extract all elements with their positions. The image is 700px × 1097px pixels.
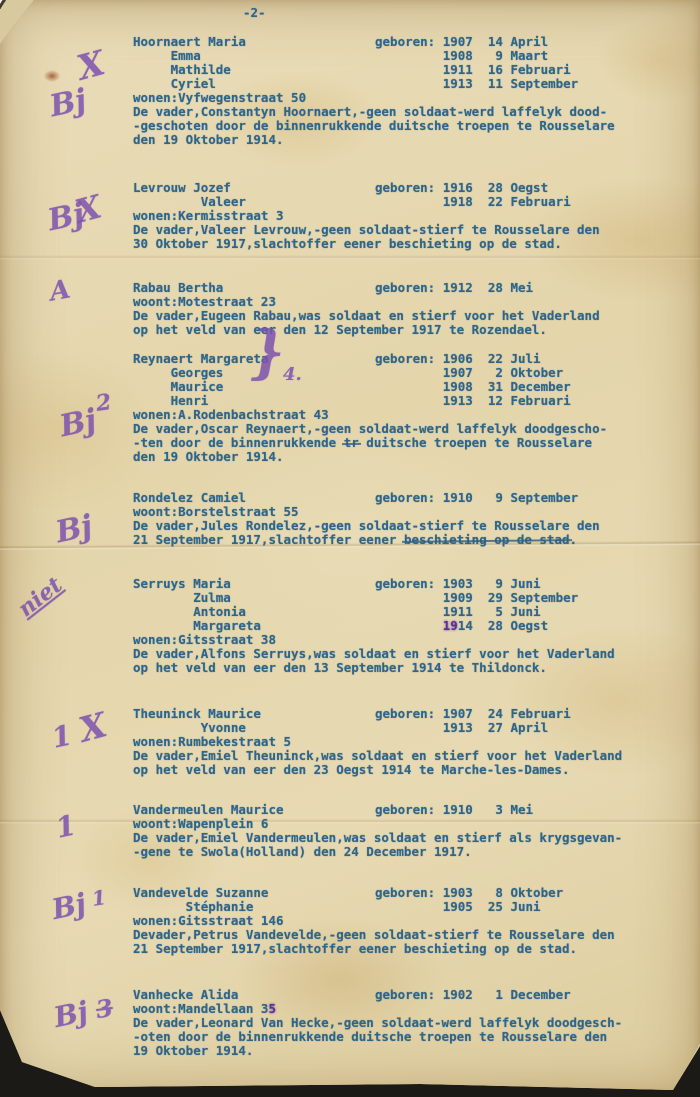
description-text: 21 September 1917,slachtoffer eener — [133, 532, 404, 547]
margin-mark-bj: Bj — [47, 83, 90, 125]
child-name: Zulma — [133, 591, 375, 605]
residence-line: woont:Wapenplein 6 — [133, 817, 685, 831]
residence-line: wonen:Gitsstraat 38 — [133, 633, 685, 647]
record-row: Yvonne 1913 27 April — [133, 721, 685, 735]
description-line: -geschoten door de binnenrukkende duitsc… — [133, 119, 685, 133]
birth-year-date: 1911 5 Juni — [375, 605, 541, 619]
description-line: De vader,Eugeen Rabau,was soldaat en sti… — [133, 309, 685, 323]
child-name: Emma — [133, 49, 375, 63]
description-line: -ten door de binnenrukkende tr duitsche … — [133, 436, 685, 450]
birth-year-date: geboren: 1903 8 Oktober — [375, 886, 563, 900]
record-row: Reynaert Margaretageboren: 1906 22 Juli — [133, 352, 685, 366]
birth-year-date: geboren: 1910 9 September — [375, 491, 578, 505]
birth-year-date: 1909 29 September — [375, 591, 578, 605]
description-line: De vader,Jules Rondelez,-geen soldaat-st… — [133, 519, 685, 533]
residence-line: woont:Motestraat 23 — [133, 295, 685, 309]
description-line: -gene te Swola(Holland) den 24 December … — [133, 845, 685, 859]
record-row: Rondelez Camielgeboren: 1910 9 September — [133, 491, 685, 505]
record-row: Maurice 1908 31 December — [133, 380, 685, 394]
hand-corrected-year-digits: 19 — [443, 618, 458, 633]
record-row: Rabau Berthageboren: 1912 28 Mei — [133, 281, 685, 295]
margin-mark-bj: Bj — [49, 887, 89, 926]
margin-mark-x: X — [75, 705, 111, 750]
child-name: Mathilde — [133, 63, 375, 77]
child-name: Margareta — [133, 619, 375, 633]
description-text: duitsche troepen te Rousselare — [359, 435, 592, 450]
margin-mark-bj: Bj — [57, 403, 100, 445]
record-row: Margareta 1914 28 Oegst — [133, 619, 685, 633]
margin-mark-2: 2 — [94, 389, 113, 417]
record-row: Valeer 1918 22 Februari — [133, 195, 685, 209]
record-row: Levrouw Jozefgeboren: 1916 28 Oegst — [133, 181, 685, 195]
hand-corrected-digit: 5 — [268, 1001, 276, 1016]
record-row: Stéphanie 1905 25 Juni — [133, 900, 685, 914]
record-row: Henri 1913 12 Februari — [133, 394, 685, 408]
birth-year-date: 1913 27 April — [375, 721, 548, 735]
record-row: Zulma 1909 29 September — [133, 591, 685, 605]
description-line: 19 Oktober 1914. — [133, 1044, 685, 1058]
birth-year-date: geboren: 1906 22 Juli — [375, 352, 541, 366]
group-brace-count: 4. — [283, 368, 302, 382]
struck-text: beschieting op de stad — [404, 532, 570, 547]
description-line: 30 Oktober 1917,slachtoffer eener beschi… — [133, 237, 685, 251]
margin-mark-1: 1 — [53, 808, 79, 844]
child-name: Vanhecke Alida — [133, 988, 375, 1002]
birth-year-date: geboren: 1910 3 Mei — [375, 803, 533, 817]
description-line: op het veld van eer den 23 Oegst 1914 te… — [133, 763, 685, 777]
birth-year-date: geboren: 1907 14 April — [375, 35, 548, 49]
birth-year-date: 1918 22 Februari — [375, 195, 571, 209]
residence-line: wonen:Kermisstraat 3 — [133, 209, 685, 223]
description-line: -oten door de binnenrukkende duitsche tr… — [133, 1030, 685, 1044]
record-entry: Rondelez Camielgeboren: 1910 9 September… — [133, 491, 685, 547]
description-line: De vader,Alfons Serruys,was soldaat en s… — [133, 647, 685, 661]
margin-mark-bj: Bj — [45, 197, 88, 239]
residence-line: wonen:Gitsstraat 146 — [133, 914, 685, 928]
record-row: Antonia 1911 5 Juni — [133, 605, 685, 619]
margin-mark-niet: niet — [13, 572, 67, 622]
record-row: Vanhecke Alidageboren: 1902 1 December — [133, 988, 685, 1002]
birth-year-date: 1914 28 Oegst — [375, 619, 548, 633]
struck-text: tr — [344, 435, 359, 450]
description-line: 21 September 1917,slachtoffer eener besc… — [133, 942, 685, 956]
margin-mark-1: 1 — [90, 885, 107, 911]
child-name: Yvonne — [133, 721, 375, 735]
child-name: Rondelez Camiel — [133, 491, 375, 505]
description-line: De vader,Valeer Levrouw,-geen soldaat-st… — [133, 223, 685, 237]
description-line: den 19 Oktober 1914. — [133, 133, 685, 147]
birth-year-date: geboren: 1912 28 Mei — [375, 281, 533, 295]
child-name: Vandermeulen Maurice — [133, 803, 375, 817]
record-entry: Hoornaert Mariageboren: 1907 14 April Em… — [133, 35, 685, 147]
child-name: Vandevelde Suzanne — [133, 886, 375, 900]
description-line: De vader,Emiel Vandermeulen,was soldaat … — [133, 831, 685, 845]
record-row: Hoornaert Mariageboren: 1907 14 April — [133, 35, 685, 49]
description-line: De vader,Leonard Van Hecke,-geen soldaat… — [133, 1016, 685, 1030]
birth-year-date: 1913 11 September — [375, 77, 578, 91]
description-line: 21 September 1917,slachtoffer eener besc… — [133, 533, 685, 547]
birth-year-date: 1907 2 Oktober — [375, 366, 563, 380]
child-name: Serruys Maria — [133, 577, 375, 591]
record-row: Emma 1908 9 Maart — [133, 49, 685, 63]
margin-mark-bj: Bj — [53, 509, 96, 551]
record-row: Vandevelde Suzannegeboren: 1903 8 Oktobe… — [133, 886, 685, 900]
residence-line: woont:Borstelstraat 55 — [133, 505, 685, 519]
record-row: Georges 1907 2 Oktober — [133, 366, 685, 380]
group-brace: } — [251, 345, 284, 360]
record-entry: Reynaert Margaretageboren: 1906 22 Juli … — [133, 352, 685, 464]
page-number: -2- — [243, 6, 266, 20]
birth-year-date: geboren: 1902 1 December — [375, 988, 571, 1002]
birth-year-date: 1908 9 Maart — [375, 49, 548, 63]
record-row: Serruys Mariageboren: 1903 9 Juni — [133, 577, 685, 591]
description-line: Devader,Petrus Vandevelde,-geen soldaat-… — [133, 928, 685, 942]
record-entry: Vandermeulen Mauricegeboren: 1910 3 Meiw… — [133, 803, 685, 859]
description-line: De vader,Constantyn Hoornaert,-geen sold… — [133, 105, 685, 119]
residence-line: wonen:A.Rodenbachstraat 43 — [133, 408, 685, 422]
description-line: De vader,Oscar Reynaert,-geen soldaat-we… — [133, 422, 685, 436]
child-name: Hoornaert Maria — [133, 35, 375, 49]
child-name: Cyriel — [133, 77, 375, 91]
record-entry: Theuninck Mauricegeboren: 1907 24 Februa… — [133, 707, 685, 777]
birth-year-date: 1911 16 Februari — [375, 63, 571, 77]
description-text: -ten door de binnenrukkende — [133, 435, 344, 450]
birth-year-date: geboren: 1903 9 Juni — [375, 577, 541, 591]
margin-mark-bj: Bj — [51, 995, 91, 1034]
birth-year-date: 1905 25 Juni — [375, 900, 541, 914]
record-row: Mathilde 1911 16 Februari — [133, 63, 685, 77]
description-line: op het veld van eer den 12 September 191… — [133, 323, 685, 337]
residence-line: wonen:Rumbekestraat 5 — [133, 735, 685, 749]
birth-year-date: geboren: 1916 28 Oegst — [375, 181, 548, 195]
margin-mark-3: 3 — [94, 993, 115, 1024]
record-row: Theuninck Mauricegeboren: 1907 24 Februa… — [133, 707, 685, 721]
record-row: Cyriel 1913 11 September — [133, 77, 685, 91]
child-name: Antonia — [133, 605, 375, 619]
child-name: Henri — [133, 394, 375, 408]
margin-mark-x: X — [73, 43, 109, 88]
record-entry: Rabau Berthageboren: 1912 28 Meiwoont:Mo… — [133, 281, 685, 337]
birth-year-date: 1913 12 Februari — [375, 394, 571, 408]
year-rest: 14 28 Oegst — [458, 618, 548, 633]
birth-year-date: 1908 31 December — [375, 380, 571, 394]
margin-mark-1: 1 — [49, 718, 75, 754]
record-entry: Vanhecke Alidageboren: 1902 1 Decemberwo… — [133, 988, 685, 1058]
scanned-document-page: -2- Hoornaert Mariageboren: 1907 14 Apri… — [0, 0, 700, 1097]
child-name: Theuninck Maurice — [133, 707, 375, 721]
child-name: Valeer — [133, 195, 375, 209]
record-entry: Levrouw Jozefgeboren: 1916 28 Oegst Vale… — [133, 181, 685, 251]
birth-year-date: geboren: 1907 24 Februari — [375, 707, 571, 721]
record-entry: Vandevelde Suzannegeboren: 1903 8 Oktobe… — [133, 886, 685, 956]
description-line: op het veld van eer den 13 September 191… — [133, 661, 685, 675]
record-entry: Serruys Mariageboren: 1903 9 Juni Zulma … — [133, 577, 685, 675]
residence-line: wonen:Vyfwegenstraat 50 — [133, 91, 685, 105]
description-line: De vader,Emiel Theuninck,was soldaat en … — [133, 749, 685, 763]
child-name: Levrouw Jozef — [133, 181, 375, 195]
margin-mark-a: A — [48, 274, 73, 307]
child-name: Stéphanie — [133, 900, 375, 914]
fold-crease — [0, 255, 700, 260]
description-line: den 19 Oktober 1914. — [133, 450, 685, 464]
residence-line: woont:Mandellaan 35 — [133, 1002, 685, 1016]
record-row: Vandermeulen Mauricegeboren: 1910 3 Mei — [133, 803, 685, 817]
child-name: Rabau Bertha — [133, 281, 375, 295]
